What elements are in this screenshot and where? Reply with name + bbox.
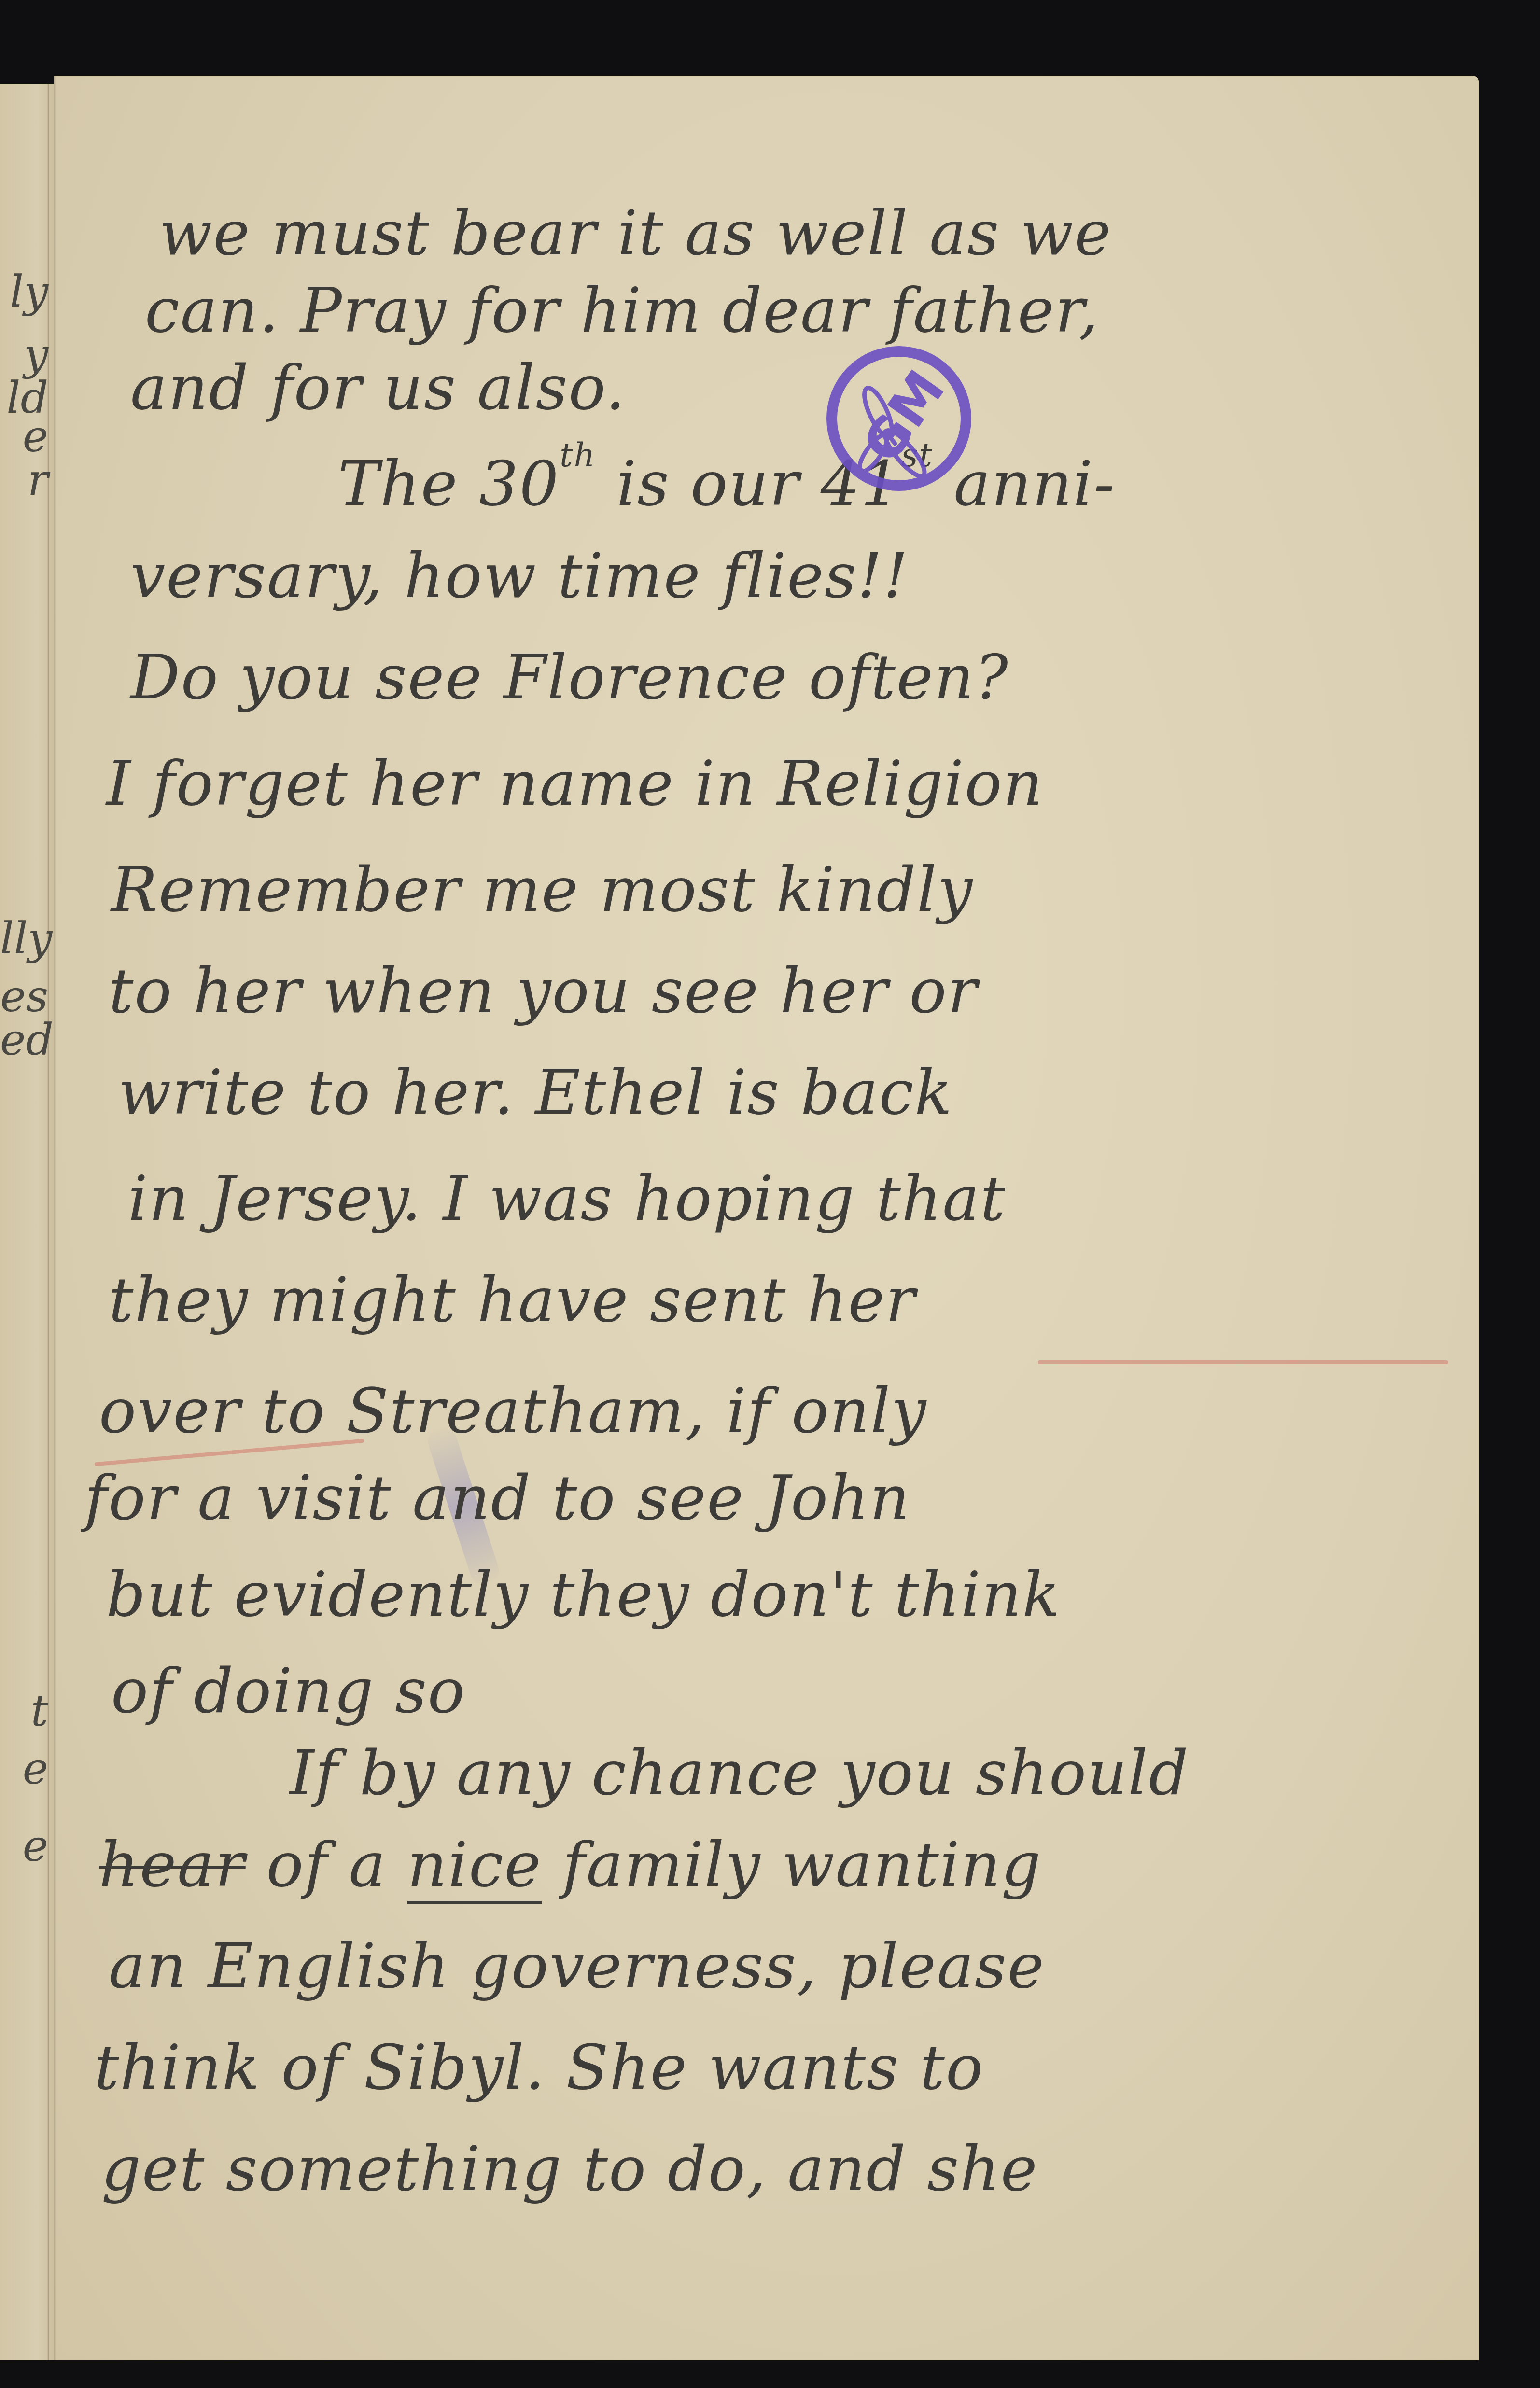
line-text: anni-: [933, 448, 1116, 520]
margin-fragment: y: [0, 333, 48, 377]
letter-line: think of Sibyl. She wants to: [94, 2037, 984, 2099]
letter-line: and for us also.: [130, 357, 626, 419]
margin-fragment: e: [0, 415, 48, 459]
letter-line: Remember me most kindly: [111, 859, 973, 921]
underlined-word: nice: [407, 1829, 542, 1904]
letter-line: but evidently they don't think: [106, 1564, 1061, 1626]
letter-line: they might have sent her: [109, 1270, 916, 1331]
library-stamp: GM: [826, 346, 971, 491]
margin-fragment: ed: [0, 1019, 48, 1062]
margin-fragment: ly: [0, 270, 48, 314]
margin-fragment: t: [0, 1690, 48, 1733]
letter-line: Do you see Florence often?: [130, 647, 1009, 709]
letter-line: can. Pray for him dear father,: [145, 280, 1099, 342]
margin-fragment: e: [0, 1825, 48, 1868]
letter-line: versary, how time flies!!: [130, 545, 909, 607]
letter-line: hear of a nice family wanting: [99, 1834, 1042, 1896]
letter-line: If by any chance you should: [290, 1743, 1189, 1804]
letter-line: an English governess, please: [109, 1936, 1045, 1997]
margin-fragment: r: [0, 459, 48, 502]
letter-line: to her when you see her or: [109, 961, 978, 1022]
letter-line: in Jersey. I was hoping that: [128, 1168, 1006, 1230]
margin-fragment: es: [0, 975, 48, 1019]
line-text: The 30: [338, 448, 560, 520]
letter-line: I forget her name in Religion: [106, 753, 1044, 815]
line-text: of a: [246, 1829, 407, 1901]
red-pencil-mark: [1038, 1360, 1448, 1364]
letter-line: we must bear it as well as we: [159, 203, 1112, 265]
letter-line: over to Streatham, if only: [99, 1381, 927, 1442]
margin-fragment: e: [0, 1747, 48, 1791]
margin-fragment: lly: [0, 917, 48, 961]
letter-line: write to her. Ethel is back: [118, 1062, 953, 1124]
letter-line: get something to do, and she: [101, 2138, 1038, 2200]
letter-line: for a visit and to see John: [84, 1467, 910, 1529]
letter-line: The 30th is our 41st anni-: [338, 439, 1116, 515]
struck-word: hear: [99, 1829, 246, 1901]
ordinal-suffix: th: [560, 436, 596, 475]
line-text: family wanting: [542, 1829, 1042, 1901]
letter-line: of doing so: [111, 1661, 466, 1722]
